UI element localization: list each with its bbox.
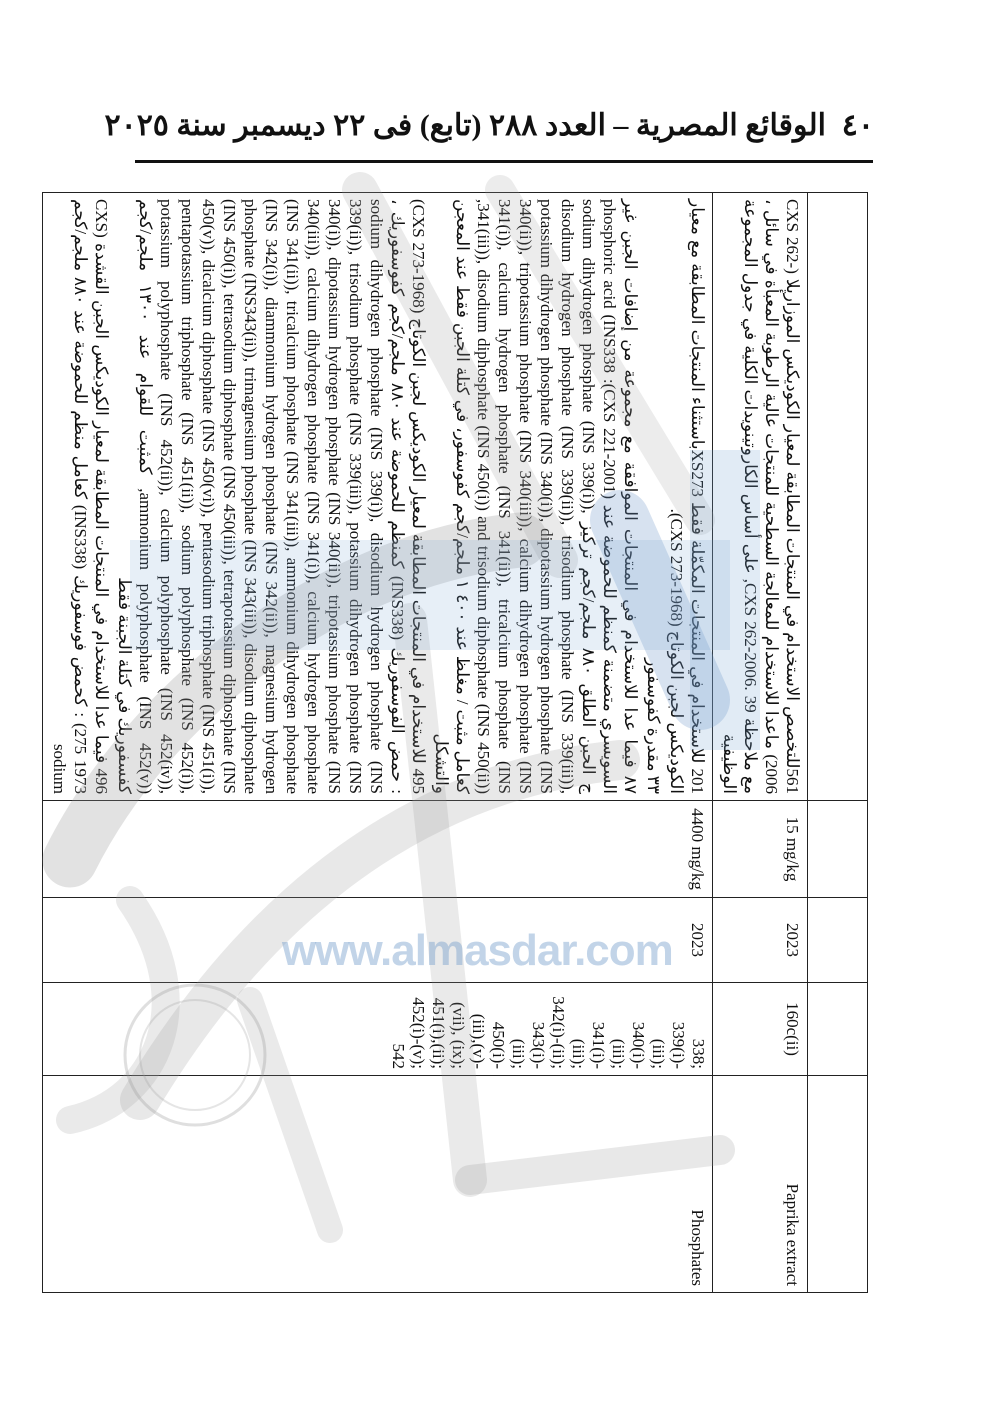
table-row <box>808 193 868 1293</box>
year-cell <box>808 898 868 983</box>
page-header: ٤٠ الوقائع المصرية – العدد ٢٨٨ (تابع) فى… <box>0 108 1004 148</box>
additive-name-cell: Phosphates <box>43 1076 713 1293</box>
year-cell: 2023 <box>43 898 713 983</box>
ins-cell: 160c(ii) <box>713 983 808 1076</box>
year-cell: 2023 <box>713 898 808 983</box>
additive-provisions-table: 561للتخصص الاستخدام في المنتجات المطابقة… <box>42 192 868 1293</box>
max-level-cell <box>808 801 868 898</box>
note-text: ٣٣ مقدرة كفوسفور <box>643 199 664 794</box>
note-text: 201 للاستخدام في المنتجات المكمّلة فقط X… <box>666 199 708 794</box>
additive-name-cell: Paprika extract <box>713 1076 808 1293</box>
notes-cell <box>808 193 868 801</box>
max-level-cell: 15 mg/kg <box>713 801 808 898</box>
note-text: ٨٧ فيما عدا للاستخدام في المنتجات المواف… <box>431 199 641 794</box>
notes-cell: 201 للاستخدام في المنتجات المكمّلة فقط X… <box>43 193 713 801</box>
additive-name-cell <box>808 1076 868 1293</box>
ins-cell <box>808 983 868 1076</box>
max-level-cell: 4400 mg/kg <box>43 801 713 898</box>
notes-cell: 561للتخصص الاستخدام في المنتجات المطابقة… <box>713 193 808 801</box>
note-text: 561للتخصص الاستخدام في المنتجات المطابقة… <box>719 199 803 794</box>
note-text: 495 للاستخدام في المنتجات المطابقة لمعيا… <box>114 199 429 794</box>
gazette-title: الوقائع المصرية – العدد ٢٨٨ (تابع) فى ٢٢… <box>104 108 826 143</box>
header-divider <box>135 160 873 163</box>
table-row: 561للتخصص الاستخدام في المنتجات المطابقة… <box>713 193 808 1293</box>
table-row: 201 للاستخدام في المنتجات المكمّلة فقط X… <box>43 193 713 1293</box>
note-text: 496 فيما عدا للاستخدام في المنتجات المطا… <box>49 199 112 794</box>
page-number: ٤٠ <box>842 108 874 143</box>
additive-table: 561للتخصص الاستخدام في المنتجات المطابقة… <box>133 192 868 1292</box>
ins-cell: 338; 339(i)- (iii); 340(i)- (iii); 341(i… <box>43 983 713 1076</box>
